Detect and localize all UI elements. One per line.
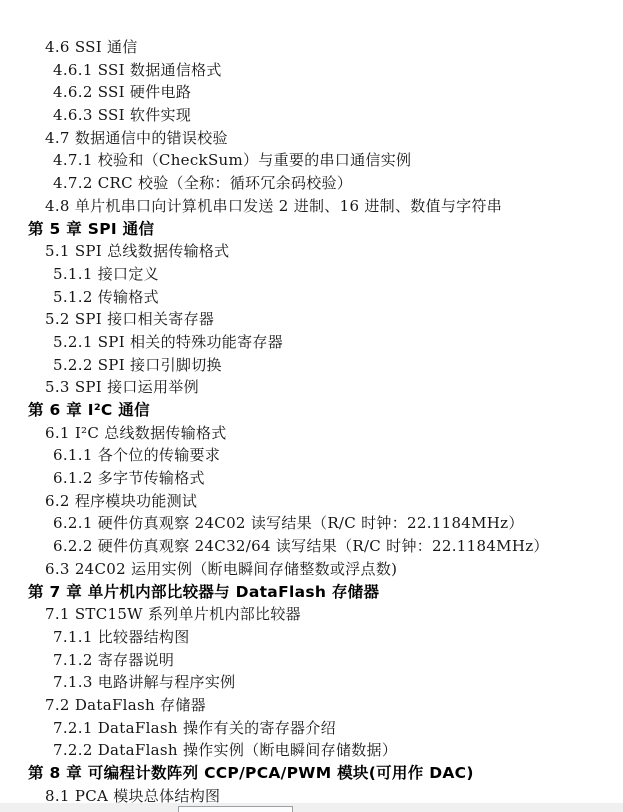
toc-item-text: 7.1 STC15W 系列单片机内部比较器 — [45, 605, 301, 623]
toc-item-text: 4.7 数据通信中的错误校验 — [45, 129, 228, 147]
toc-item: 5.2.2 SPI 接口引脚切换 — [0, 354, 623, 377]
partial-input-box[interactable] — [178, 806, 293, 812]
toc-item-text: 6.1.2 多字节传输格式 — [53, 469, 205, 487]
toc-item-text: 6.2.1 硬件仿真观察 24C02 读写结果（R/C 时钟：22.1184MH… — [53, 514, 524, 532]
toc-item-text: 4.6.2 SSI 硬件电路 — [53, 83, 191, 101]
toc-item-text: 6.2.2 硬件仿真观察 24C32/64 读写结果（R/C 时钟：22.118… — [53, 537, 549, 555]
toc-item: 7.1.1 比较器结构图 — [0, 626, 623, 649]
toc-item-text: 7.2.1 DataFlash 操作有关的寄存器介绍 — [53, 719, 336, 737]
toc-item-text: 第 6 章 I²C 通信 — [28, 401, 150, 419]
toc-item-text: 第 7 章 单片机内部比较器与 DataFlash 存储器 — [28, 583, 379, 601]
toc-item: 第 8 章 可编程计数阵列 CCP/PCA/PWM 模块(可用作 DAC) — [0, 762, 623, 785]
toc-item-text: 4.8 单片机串口向计算机串口发送 2 进制、16 进制、数值与字符串 — [45, 197, 502, 215]
toc-item-text: 7.1.2 寄存器说明 — [53, 651, 174, 669]
document-page: 4.6 SSI 通信 4.6.1 SSI 数据通信格式 4.6.2 SSI 硬件… — [0, 0, 623, 812]
toc-item: 6.1.2 多字节传输格式 — [0, 467, 623, 490]
toc-item-text: 5.3 SPI 接口运用举例 — [45, 378, 199, 396]
toc-item: 4.7.2 CRC 校验（全称：循环冗余码校验） — [0, 172, 623, 195]
toc-item: 5.3 SPI 接口运用举例 — [0, 376, 623, 399]
toc-item: 4.7 数据通信中的错误校验 — [0, 127, 623, 150]
toc-item: 7.2.2 DataFlash 操作实例（断电瞬间存储数据） — [0, 739, 623, 762]
toc-item: 7.1 STC15W 系列单片机内部比较器 — [0, 603, 623, 626]
toc-item: 4.6.1 SSI 数据通信格式 — [0, 59, 623, 82]
toc-item-text: 7.2 DataFlash 存储器 — [45, 696, 206, 714]
toc-item-text: 5.1.2 传输格式 — [53, 288, 159, 306]
toc-item-text: 5.2.2 SPI 接口引脚切换 — [53, 356, 222, 374]
toc-item: 6.2.1 硬件仿真观察 24C02 读写结果（R/C 时钟：22.1184MH… — [0, 512, 623, 535]
toc-item-text: 4.7.1 校验和（CheckSum）与重要的串口通信实例 — [53, 151, 411, 169]
toc-item-text: 6.1 I²C 总线数据传输格式 — [45, 424, 227, 442]
toc-item: 7.1.3 电路讲解与程序实例 — [0, 671, 623, 694]
toc-item-text: 4.6.1 SSI 数据通信格式 — [53, 61, 222, 79]
toc-item-text: 5.1 SPI 总线数据传输格式 — [45, 242, 230, 260]
toc-item: 5.2 SPI 接口相关寄存器 — [0, 308, 623, 331]
toc-item-text: 4.7.2 CRC 校验（全称：循环冗余码校验） — [53, 174, 352, 192]
toc-item-text: 4.6 SSI 通信 — [45, 38, 138, 56]
toc-item: 4.6.2 SSI 硬件电路 — [0, 81, 623, 104]
toc-item: 6.2 程序模块功能测试 — [0, 490, 623, 513]
toc-item: 第 6 章 I²C 通信 — [0, 399, 623, 422]
toc-item: 5.1 SPI 总线数据传输格式 — [0, 240, 623, 263]
toc-item: 5.2.1 SPI 相关的特殊功能寄存器 — [0, 331, 623, 354]
toc-item-text: 4.6.3 SSI 软件实现 — [53, 106, 191, 124]
toc-item: 6.2.2 硬件仿真观察 24C32/64 读写结果（R/C 时钟：22.118… — [0, 535, 623, 558]
toc-item: 7.2.1 DataFlash 操作有关的寄存器介绍 — [0, 717, 623, 740]
toc-item: 4.7.1 校验和（CheckSum）与重要的串口通信实例 — [0, 149, 623, 172]
toc-item: 4.6.3 SSI 软件实现 — [0, 104, 623, 127]
toc-item-text: 6.3 24C02 运用实例（断电瞬间存储整数或浮点数) — [45, 560, 397, 578]
toc-item: 第 7 章 单片机内部比较器与 DataFlash 存储器 — [0, 581, 623, 604]
toc-item-text: 第 5 章 SPI 通信 — [28, 220, 154, 238]
toc-item: 6.1.1 各个位的传输要求 — [0, 444, 623, 467]
toc-item: 6.3 24C02 运用实例（断电瞬间存储整数或浮点数) — [0, 558, 623, 581]
toc-item-text: 5.1.1 接口定义 — [53, 265, 159, 283]
toc-item: 4.6 SSI 通信 — [0, 36, 623, 59]
toc-item: 6.1 I²C 总线数据传输格式 — [0, 422, 623, 445]
toc-item-text: 6.1.1 各个位的传输要求 — [53, 446, 220, 464]
toc-item-text: 7.1.3 电路讲解与程序实例 — [53, 673, 235, 691]
toc-item: 5.1.1 接口定义 — [0, 263, 623, 286]
toc-item: 5.1.2 传输格式 — [0, 286, 623, 309]
toc-item-text: 第 8 章 可编程计数阵列 CCP/PCA/PWM 模块(可用作 DAC) — [28, 764, 474, 782]
page-gap-strip — [0, 803, 623, 812]
toc-item: 7.2 DataFlash 存储器 — [0, 694, 623, 717]
toc-item-text: 7.1.1 比较器结构图 — [53, 628, 190, 646]
toc-item: 7.1.2 寄存器说明 — [0, 649, 623, 672]
toc-item: 4.8 单片机串口向计算机串口发送 2 进制、16 进制、数值与字符串 — [0, 195, 623, 218]
toc-list: 4.6 SSI 通信 4.6.1 SSI 数据通信格式 4.6.2 SSI 硬件… — [0, 36, 623, 807]
toc-item-text: 7.2.2 DataFlash 操作实例（断电瞬间存储数据） — [53, 741, 397, 759]
toc-item-text: 6.2 程序模块功能测试 — [45, 492, 197, 510]
toc-item-text: 5.2 SPI 接口相关寄存器 — [45, 310, 214, 328]
toc-item: 第 5 章 SPI 通信 — [0, 218, 623, 241]
toc-item-text: 5.2.1 SPI 相关的特殊功能寄存器 — [53, 333, 283, 351]
toc-item-text: 8.1 PCA 模块总体结构图 — [45, 787, 220, 805]
